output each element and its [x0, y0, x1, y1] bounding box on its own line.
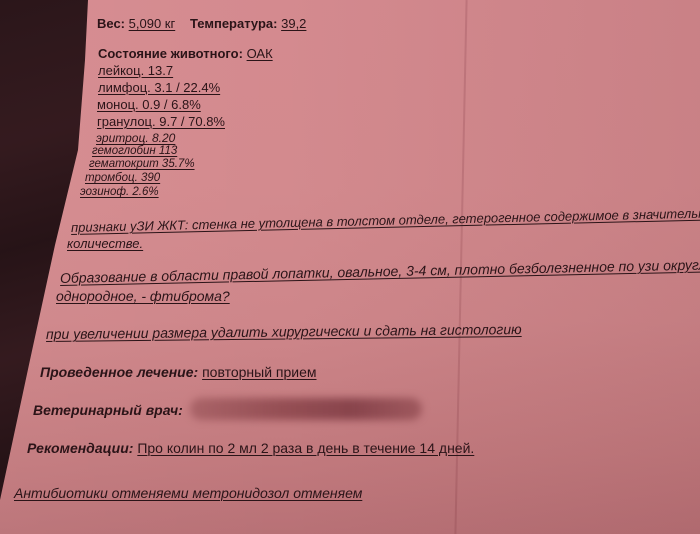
blood-test-item: лимфоц. 3.1 / 22.4% [98, 80, 220, 95]
mass-line-2: однородное, - фтиброма? [56, 288, 230, 304]
treatment-label: Проведенное лечение: [40, 364, 198, 380]
treatment-row: Проведенное лечение: повторный прием [40, 364, 317, 380]
condition-label: Состояние животного: [98, 46, 243, 61]
weight-label: Вес: [97, 16, 125, 31]
antibiotics-note: Антибиотики отменяеми метронидозол отмен… [14, 485, 362, 501]
blood-test-item: эозиноф. 2.6% [80, 186, 159, 198]
temperature-value: 39,2 [281, 16, 306, 31]
weight-row: Вес: 5,090 кг [97, 16, 175, 31]
blood-test-item: гемоглобин 113 [92, 145, 177, 157]
recommendations-row: Рекомендации: Про колин по 2 мл 2 раза в… [27, 440, 474, 456]
recommendations-label: Рекомендации: [27, 440, 133, 456]
ultrasound-line-2: количестве. [67, 236, 143, 251]
temperature-label: Температура: [190, 16, 277, 31]
weight-value: 5,090 кг [129, 16, 176, 31]
vet-label: Ветеринарный врач: [33, 402, 183, 418]
blood-test-item: гематокрит 35.7% [89, 158, 195, 170]
temperature-row: Температура: 39,2 [190, 16, 306, 31]
condition-row: Состояние животного: ОАК [98, 46, 273, 61]
blood-test-item: гранулоц. 9.7 / 70.8% [97, 114, 225, 129]
condition-value: ОАК [247, 46, 273, 61]
blood-test-item: моноц. 0.9 / 6.8% [97, 97, 201, 112]
blood-test-item: лейкоц. 13.7 [98, 63, 173, 78]
vet-name-redacted [190, 398, 422, 420]
recommendations-value: Про колин по 2 мл 2 раза в день в течени… [137, 440, 474, 456]
blood-test-item: тромбоц. 390 [85, 172, 160, 184]
treatment-value: повторный прием [202, 364, 316, 380]
blood-test-item: эритроц. 8.20 [96, 131, 175, 145]
